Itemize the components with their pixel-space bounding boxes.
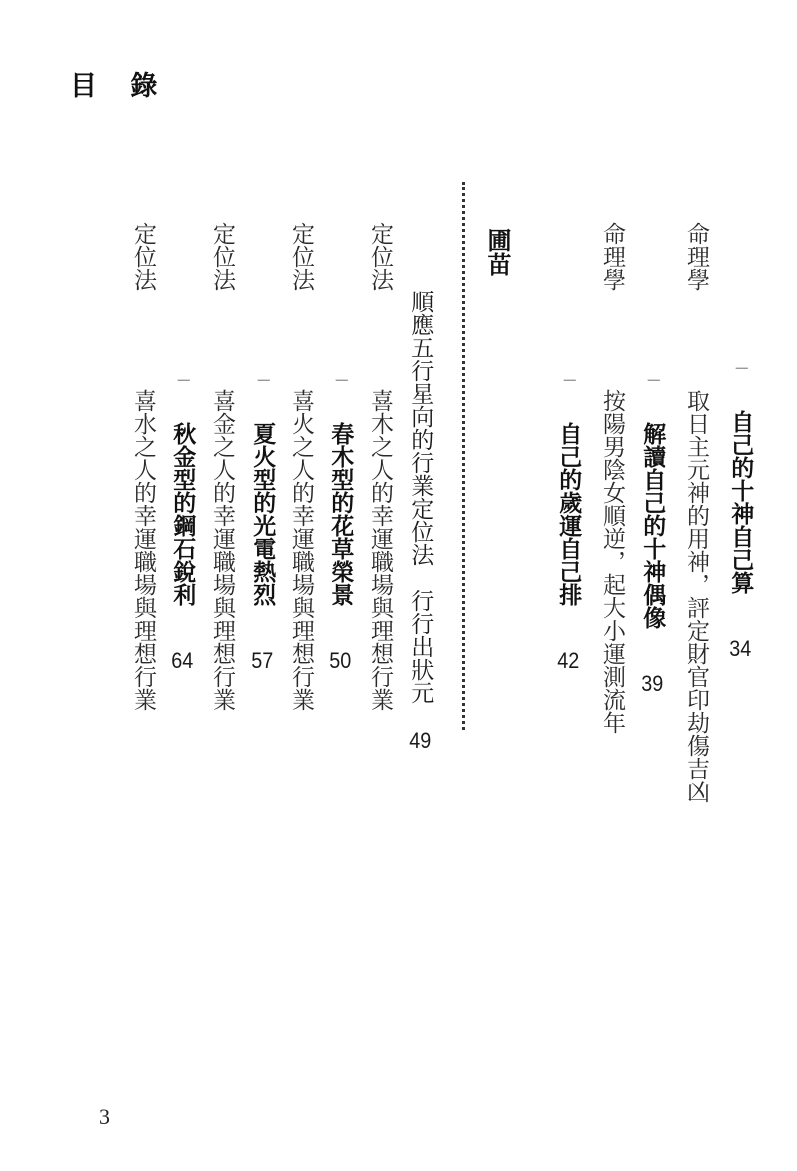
category-label: 定位法	[210, 222, 233, 291]
entry-title: 喜木之人的幸運職場與理想行業	[368, 389, 391, 711]
part-title[interactable]: 順應五行星向的行業定位法 行行出狀元 49	[408, 290, 432, 752]
toc-entry-fire-title[interactable]: 定位法 喜火之人的幸運職場與理想行業	[289, 222, 312, 711]
page-number: 42	[557, 650, 579, 672]
page-number: 57	[251, 650, 273, 672]
dash-mark: －	[644, 372, 660, 388]
page-folio: 3	[99, 1104, 110, 1130]
page-number: 64	[171, 650, 193, 672]
page-number: 49	[409, 730, 431, 752]
dash-mark: －	[174, 372, 190, 388]
entry-subtitle: 解讀自己的十神偶像	[640, 422, 663, 629]
dash-mark: －	[732, 360, 748, 376]
entry-title: 取日主元神的用神，評定財官印劫傷吉凶	[684, 389, 707, 803]
entry-title: 按陽男陰女順逆，起大小運測流年	[600, 389, 623, 734]
toc-entry-wood-subtitle[interactable]: － 春木型的花草榮景 50	[328, 372, 352, 672]
entry-subtitle: 自己的歲運自己排	[556, 422, 579, 606]
entry-subtitle: 春木型的花草榮景	[328, 422, 351, 606]
part-heading: 圃苗	[480, 228, 515, 276]
page-title: 目 錄	[70, 64, 169, 103]
category-label: 定位法	[131, 222, 154, 291]
dash-mark: －	[254, 372, 270, 388]
toc-entry-metal-subtitle[interactable]: － 秋金型的鋼石銳利 64	[170, 372, 194, 672]
dotted-divider	[462, 182, 465, 730]
entry-title: 喜水之人的幸運職場與理想行業	[131, 389, 154, 711]
toc-entry-wood-title[interactable]: 定位法 喜木之人的幸運職場與理想行業	[368, 222, 391, 711]
category-label: 命理學	[600, 222, 623, 291]
category-label: 命理學	[684, 222, 707, 291]
dash-mark: －	[332, 372, 348, 388]
toc-entry-1-subtitle[interactable]: － 自己的十神自己算 34	[728, 360, 752, 660]
part-title-text: 順應五行星向的行業定位法 行行出狀元	[408, 290, 431, 704]
entry-title: 喜火之人的幸運職場與理想行業	[289, 389, 312, 711]
entry-subtitle: 夏火型的光電熱烈	[250, 422, 273, 606]
toc-entry-1-title[interactable]: 命理學 取日主元神的用神，評定財官印劫傷吉凶	[684, 222, 707, 803]
entry-subtitle: 秋金型的鋼石銳利	[170, 422, 193, 606]
category-label: 定位法	[368, 222, 391, 291]
dash-mark: －	[560, 372, 576, 388]
toc-entry-2-subtitle-2[interactable]: － 自己的歲運自己排 42	[556, 372, 580, 672]
category-label: 定位法	[289, 222, 312, 291]
toc-entry-water-title[interactable]: 定位法 喜水之人的幸運職場與理想行業	[131, 222, 154, 711]
page-number: 34	[729, 638, 751, 660]
page-number: 39	[641, 673, 663, 695]
entry-title: 喜金之人的幸運職場與理想行業	[210, 389, 233, 711]
toc-entry-fire-subtitle[interactable]: － 夏火型的光電熱烈 57	[250, 372, 274, 672]
page-number: 50	[329, 650, 351, 672]
toc-entry-2-title[interactable]: 命理學 按陽男陰女順逆，起大小運測流年	[600, 222, 623, 734]
entry-subtitle: 自己的十神自己算	[728, 410, 751, 594]
toc-entry-2-subtitle-1[interactable]: － 解讀自己的十神偶像 39	[640, 372, 664, 695]
toc-entry-metal-title[interactable]: 定位法 喜金之人的幸運職場與理想行業	[210, 222, 233, 711]
